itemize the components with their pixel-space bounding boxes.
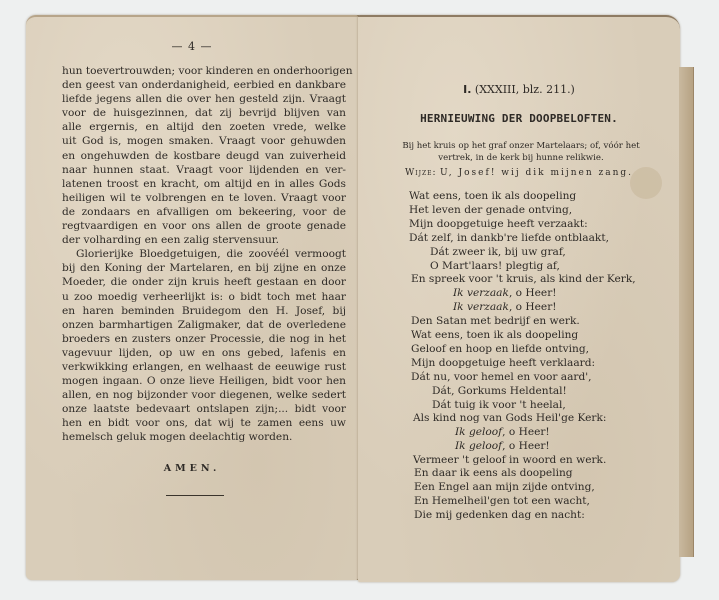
text-line: Moeder, die onder zijn kruis heeft gesta…	[62, 275, 346, 289]
verse-line: Het leven der genade ontving,	[409, 204, 636, 218]
text-line: verkwikking erlangen, en welhaast de eeu…	[62, 360, 346, 374]
verse-refrain: Ik verzaak, o Heer!	[409, 301, 636, 315]
text-line: allen, en nog bijzonder voor diegenen, w…	[62, 388, 346, 402]
text-line: naar hunnen staat. Vraagt voor lijdenden…	[62, 163, 346, 177]
text-line: hun toevertrouwden; voor kinderen en ond…	[62, 64, 346, 78]
text-line: en haren beminden Bruidegom den H. Josef…	[62, 304, 346, 318]
refrain-rest: , o Heer!	[502, 426, 550, 438]
verse-line: En daar ik eens als doopeling	[414, 467, 595, 481]
verse-line: Den Satan met bedrijf en werk.	[409, 315, 636, 329]
text-line: uit God is, mogen smaken. Vraagt voor ge…	[62, 134, 346, 148]
text-line: broeders en zusters onzer Processie, die…	[62, 332, 346, 346]
verse-line: Mijn doopgetuige heeft verklaard:	[411, 357, 606, 371]
verse-line: O Mart'laars! plegtig af,	[409, 260, 636, 274]
refrain-italic: Ik verzaak	[453, 287, 509, 299]
text-line: vagevuur lijden, op uw en ons gebed, laf…	[62, 346, 346, 360]
text-line: Glorierijke Bloedgetuigen, die zoovéél v…	[62, 247, 346, 261]
hymn-number: I.	[463, 83, 471, 96]
text-line: voor de huisgezinnen, dat zij bevrijd bl…	[62, 106, 346, 120]
verse-line: En Hemelheil'gen tot een wacht,	[414, 495, 595, 509]
refrain-italic: Ik geloof	[455, 426, 502, 438]
instruction-line: Bij het kruis op het graf onzer Martelaa…	[376, 140, 666, 152]
verse-line: En spreek voor 't kruis, als kind der Ke…	[409, 273, 636, 287]
refrain-rest: , o Heer!	[509, 301, 557, 313]
instruction-line: vertrek, in de kerk bij hunne relikwie.	[376, 152, 666, 164]
verse-line: Die mij gedenken dag en nacht:	[414, 509, 595, 523]
verse-line: Een Engel aan mijn zijde ontving,	[414, 481, 595, 495]
verse-line: Als kind nog van Gods Heil'ge Kerk:	[411, 412, 606, 426]
text-line: der volharding en een zalig stervensuur.	[62, 233, 346, 247]
verse-line: Vermeer 't geloof in woord en werk.	[411, 454, 606, 468]
text-line: hen en bidt voor ons, dat wij te zamen e…	[62, 416, 346, 430]
hymn-instruction: Bij het kruis op het graf onzer Martelaa…	[376, 140, 666, 164]
verse-line: Dát tuig ik voor 't heelal,	[411, 399, 606, 413]
amen-closing: AMEN.	[26, 463, 358, 474]
closing-rule	[166, 495, 224, 496]
paragraph-2: Glorierijke Bloedgetuigen, die zoovéél v…	[62, 247, 346, 444]
verse-refrain: Ik geloof, o Heer!	[411, 426, 606, 440]
tune-name: U, Josef! wij dik mijnen zang.	[440, 168, 633, 178]
verse-line: Wat eens, toen ik als doopeling	[409, 190, 636, 204]
text-line: onzen barmhartigen Zaligmaker, dat de ov…	[62, 318, 346, 332]
verse-line: Dát zweer ik, bij uw graf,	[409, 246, 636, 260]
verse-line: Geloof en hoop en liefde ontving,	[411, 343, 606, 357]
verse-refrain: Ik verzaak, o Heer!	[409, 287, 636, 301]
text-line: mogen ingaan. O onze lieve Heiligen, bid…	[62, 374, 346, 388]
hymn-reference: (XXXIII, blz. 211.)	[475, 83, 575, 96]
verse-refrain: Ik geloof, o Heer!	[411, 440, 606, 454]
text-line: onze laatste bedevaart ontslapen zijn;..…	[62, 402, 346, 416]
text-line: hemelsch geluk mogen deelachtig worden.	[62, 430, 346, 444]
verse-line: Dát nu, voor hemel en voor aard',	[411, 371, 606, 385]
text-line: en ongehuwden de kostbare deugd van zuiv…	[62, 149, 346, 163]
left-page: — 4 — hun toevertrouwden; voor kinderen …	[26, 15, 358, 580]
verse-line: Dát zelf, in dankb're liefde ontblaakt,	[409, 232, 636, 246]
text-line: den geest van onderdanigheid, eerbied en…	[62, 78, 346, 92]
tune-label: Wijze:	[405, 168, 437, 178]
text-line: regtvaardigen en voor ons allen de groot…	[62, 219, 346, 233]
text-line: heiligen wil te volbrengen en te loven. …	[62, 191, 346, 205]
text-line: de zondaars en afvalligen om bekeering, …	[62, 205, 346, 219]
paragraph-1: hun toevertrouwden; voor kinderen en ond…	[62, 64, 346, 247]
right-page: I. (XXXIII, blz. 211.) HERNIEUWING DER D…	[358, 15, 680, 582]
hymn-title: HERNIEUWING DER DOOPBELOFTEN.	[358, 112, 680, 125]
text-line: alle ergernis, en altijd den zoeten vred…	[62, 120, 346, 134]
refrain-italic: Ik verzaak	[453, 301, 509, 313]
text-line: bij den Koning der Martelaren, en bij zi…	[62, 261, 346, 275]
page-number: — 4 —	[26, 40, 358, 53]
text-line: liefde jegens allen die over hen gesteld…	[62, 92, 346, 106]
hymn-heading: I. (XXXIII, blz. 211.)	[358, 83, 680, 96]
page-edge-stack	[679, 67, 694, 557]
refrain-rest: , o Heer!	[502, 440, 550, 452]
stanza-3: En daar ik eens als doopeling Een Engel …	[414, 467, 595, 523]
refrain-italic: Ik geloof	[455, 440, 502, 452]
stanza-1: Wat eens, toen ik als doopeling Het leve…	[409, 190, 636, 329]
prayer-text: hun toevertrouwden; voor kinderen en ond…	[62, 64, 346, 445]
text-line: u zoo moedig verheerlijkt is: o bidt toc…	[62, 290, 346, 304]
refrain-rest: , o Heer!	[509, 287, 557, 299]
text-line: latenen troost en kracht, om altijd en i…	[62, 177, 346, 191]
verse-line: Mijn doopgetuige heeft verzaakt:	[409, 218, 636, 232]
stanza-2: Wat eens, toen ik als doopeling Geloof e…	[411, 329, 606, 468]
verse-line: Wat eens, toen ik als doopeling	[411, 329, 606, 343]
tune-indication: Wijze: U, Josef! wij dik mijnen zang.	[358, 168, 680, 178]
verse-line: Dát, Gorkums Heldental!	[411, 385, 606, 399]
